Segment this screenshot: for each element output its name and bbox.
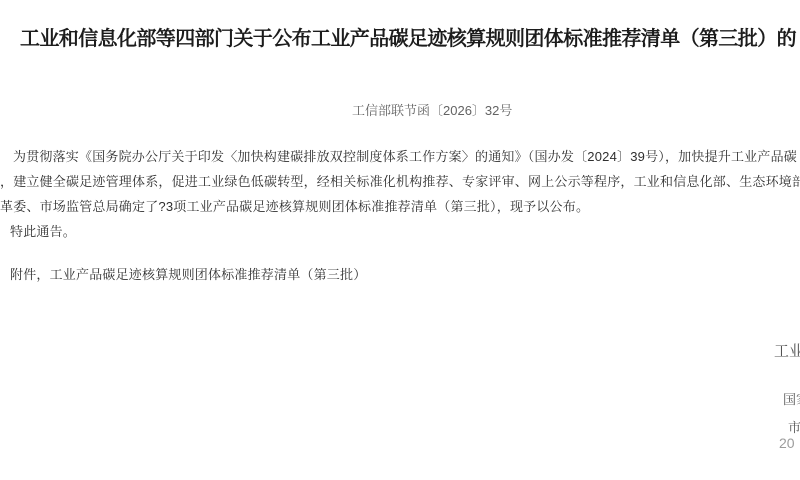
body-paragraph-line-3: 革委、市场监管总局确定了?3项工业产品碳足迹核算规则团体标准推荐清单（第三批），… — [0, 196, 589, 215]
signature-agency-2: 国家 — [783, 389, 800, 408]
signature-agency-3: 市 — [788, 417, 800, 436]
closing-statement: 特此通告。 — [10, 221, 76, 240]
document-page: 工业和信息化部等四部门关于公布工业产品碳足迹核算规则团体标准推荐清单（第三批）的… — [0, 0, 800, 480]
document-number: 工信部联节函〔2026〕32号 — [352, 100, 512, 119]
document-title: 工业和信息化部等四部门关于公布工业产品碳足迹核算规则团体标准推荐清单（第三批）的 — [20, 22, 796, 51]
body-paragraph-line-1: 为贯彻落实《国务院办公厅关于印发〈加快构建碳排放双控制度体系工作方案〉的通知》（… — [13, 146, 797, 165]
signature-date: 20 — [779, 435, 795, 451]
body-paragraph-line-2: ，建立健全碳足迹管理体系，促进工业绿色低碳转型，经相关标准化机构推荐、专家评审、… — [0, 171, 800, 190]
signature-agency-1: 工业 — [774, 340, 800, 361]
attachment-line: 附件，工业产品碳足迹核算规则团体标准推荐清单（第三批） — [10, 264, 366, 283]
